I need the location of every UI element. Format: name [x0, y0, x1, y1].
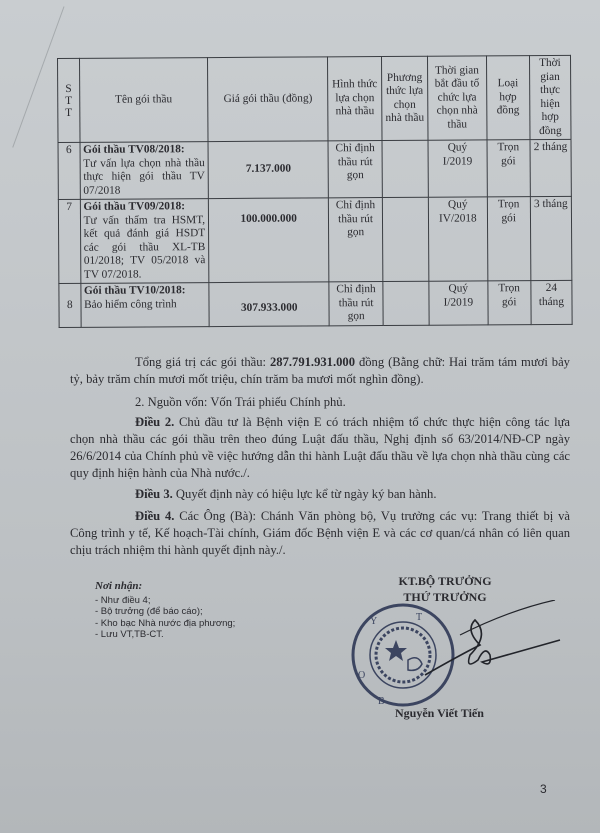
package-title: Gói thầu TV10/2018:	[84, 284, 206, 298]
row-contract-type: Trọn gói	[487, 197, 531, 281]
article-4: Điều 4. Các Ông (Bà): Chánh Văn phòng bộ…	[70, 508, 570, 559]
header-method: Phương thức lựa chọn nhà thầu	[381, 56, 428, 140]
header-form: Hình thức lựa chọn nhà thầu	[328, 57, 382, 141]
header-contract-type: Loại hợp đồng	[486, 56, 530, 140]
row-start-time: Quý IV/2018	[428, 197, 487, 281]
row-price: 307.933.000	[209, 282, 330, 326]
recipient-item: - Lưu VT,TB-CT.	[95, 629, 235, 641]
row-stt: 6	[58, 142, 80, 199]
row-method	[382, 140, 429, 197]
row-name: Gói thầu TV09/2018: Tư vấn thẩm tra HSMT…	[80, 199, 209, 284]
total-value: 287.791.931.000	[270, 355, 355, 369]
svg-text:Y: Y	[370, 616, 377, 627]
row-duration: 3 tháng	[530, 196, 572, 280]
row-form: Chỉ định thầu rút gọn	[328, 141, 382, 198]
svg-text:B: B	[378, 696, 385, 707]
recipients-header: Nơi nhận:	[95, 581, 235, 593]
header-start-time: Thời gian bắt đầu tổ chức lựa chọn nhà t…	[428, 56, 487, 140]
package-title: Gói thầu TV09/2018:	[83, 200, 205, 214]
header-name: Tên gói thầu	[79, 58, 208, 143]
funding-source: 2. Nguồn vốn: Vốn Trái phiếu Chính phủ.	[70, 394, 570, 411]
row-price: 7.137.000	[208, 141, 329, 199]
header-duration: Thời gian thực hiện hợp đồng	[529, 55, 571, 139]
row-price: 100.000.000	[208, 198, 329, 283]
recipient-item: - Như điều 4;	[95, 595, 235, 607]
table-row: 8 Gói thầu TV10/2018: Bảo hiểm công trìn…	[59, 280, 572, 327]
signer-name: Nguyễn Viết Tiến	[395, 706, 484, 721]
bid-packages-table: S T T Tên gói thầu Giá gói thầu (đồng) H…	[57, 55, 573, 328]
header-price: Giá gói thầu (đồng)	[208, 57, 329, 142]
recipient-item: - Bộ trưởng (để báo cáo);	[95, 606, 235, 618]
row-duration: 24 tháng	[531, 280, 572, 324]
row-method	[382, 197, 429, 281]
page-corner-edge	[0, 0, 65, 148]
article-2: Điều 2. Chủ đầu tư là Bệnh viện E có trá…	[70, 414, 570, 482]
row-start-time: Quý I/2019	[429, 281, 488, 325]
row-name: Gói thầu TV08/2018: Tư vấn lựa chọn nhà …	[80, 142, 209, 200]
row-stt: 8	[59, 283, 81, 327]
row-form: Chỉ định thầu rút gọn	[329, 282, 383, 326]
row-method	[383, 281, 430, 325]
table-header-row: S T T Tên gói thầu Giá gói thầu (đồng) H…	[58, 55, 572, 142]
handwritten-signature-icon	[420, 600, 580, 690]
recipients-block: Nơi nhận: - Như điều 4; - Bộ trưởng (để …	[95, 581, 235, 641]
package-desc: Tư vấn lựa chọn nhà thầu thực hiện gói t…	[83, 157, 205, 198]
row-contract-type: Trọn gói	[488, 281, 531, 325]
page-number: 3	[540, 782, 547, 796]
signature-line-1: KT.BỘ TRƯỞNG	[380, 573, 510, 589]
svg-text:O: O	[358, 670, 365, 681]
row-stt: 7	[58, 199, 80, 283]
recipient-item: - Kho bạc Nhà nước địa phương;	[95, 618, 235, 630]
row-form: Chỉ định thầu rút gọn	[329, 198, 383, 282]
row-contract-type: Trọn gói	[487, 140, 531, 197]
total-value-paragraph: Tổng giá trị các gói thầu: 287.791.931.0…	[70, 354, 570, 388]
header-stt: S T T	[58, 58, 80, 142]
row-start-time: Quý I/2019	[428, 140, 487, 197]
package-title: Gói thầu TV08/2018:	[83, 143, 205, 157]
table-row: 6 Gói thầu TV08/2018: Tư vấn lựa chọn nh…	[58, 139, 571, 199]
row-duration: 2 tháng	[530, 139, 572, 196]
article-3: Điều 3. Quyết định này có hiệu lực kể từ…	[70, 486, 570, 503]
package-desc: Bảo hiểm công trình	[84, 298, 206, 312]
row-name: Gói thầu TV10/2018: Bảo hiểm công trình	[80, 283, 209, 327]
table-row: 7 Gói thầu TV09/2018: Tư vấn thẩm tra HS…	[58, 196, 572, 283]
package-desc: Tư vấn thẩm tra HSMT, kết quả đánh giá H…	[84, 214, 206, 282]
